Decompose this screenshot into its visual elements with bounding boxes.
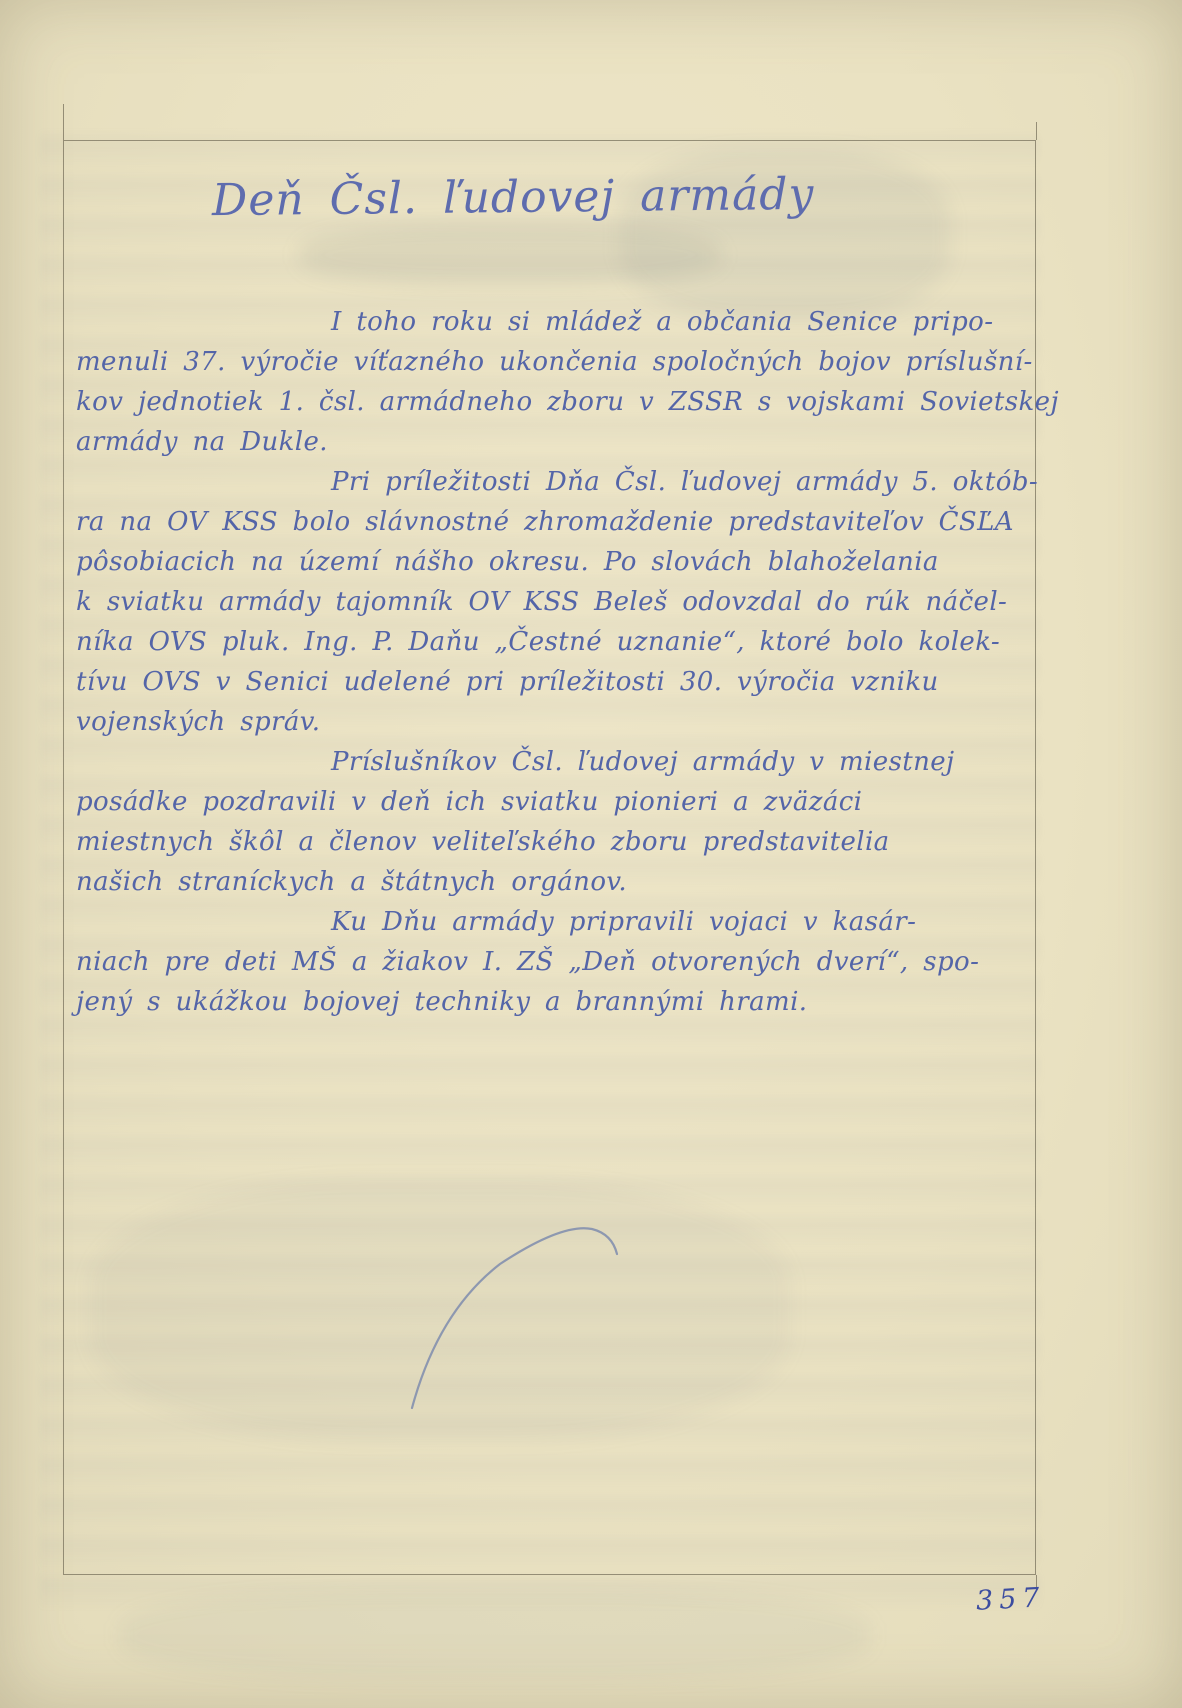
- handwritten-line: posádke pozdravili v deň ich sviatku pio…: [76, 782, 976, 822]
- handwritten-line: našich straníckych a štátnych orgánov.: [76, 862, 976, 902]
- paragraph: Pri príležitosti Dňa Čsl. ľudovej armády…: [76, 462, 976, 742]
- handwritten-line: I toho roku si mládež a občania Senice p…: [76, 302, 976, 342]
- handwritten-line: Ku Dňu armády pripravili vojaci v kasár-: [76, 902, 976, 942]
- handwritten-line: pôsobiacich na území nášho okresu. Po sl…: [76, 542, 976, 582]
- page-number: 357: [975, 1582, 1046, 1617]
- handwritten-line: Príslušníkov Čsl. ľudovej armády v miest…: [76, 742, 976, 782]
- handwritten-body: I toho roku si mládež a občania Senice p…: [76, 302, 976, 1022]
- handwritten-line: niach pre deti MŠ a žiakov I. ZŠ „Deň ot…: [76, 942, 976, 982]
- handwritten-line: níka OVS pluk. Ing. P. Daňu „Čestné uzna…: [76, 622, 976, 662]
- border-tick-top-right: [1036, 122, 1037, 140]
- handwritten-line: jený s ukážkou bojovej techniky a branný…: [76, 982, 976, 1022]
- handwritten-line: vojenských správ.: [76, 702, 976, 742]
- paragraph: I toho roku si mládež a občania Senice p…: [76, 302, 976, 462]
- handwritten-line: Pri príležitosti Dňa Čsl. ľudovej armády…: [76, 462, 976, 502]
- chronicle-page: Deň Čsl. ľudovej armády I toho roku si m…: [0, 0, 1182, 1708]
- handwritten-line: ra na OV KSS bolo slávnostné zhromaždeni…: [76, 502, 976, 542]
- handwritten-line: miestnych škôl a členov veliteľského zbo…: [76, 822, 976, 862]
- handwritten-line: armády na Dukle.: [76, 422, 976, 462]
- handwritten-line: menuli 37. výročie víťazného ukončenia s…: [76, 342, 976, 382]
- handwritten-line: kov jednotiek 1. čsl. armádneho zboru v …: [76, 382, 976, 422]
- bleed-through-texture: [120, 1590, 870, 1680]
- page-title: Deň Čsl. ľudovej armády: [212, 169, 815, 226]
- paragraph: Ku Dňu armády pripravili vojaci v kasár-…: [76, 902, 976, 1022]
- handwritten-line: tívu OVS v Senici udelené pri príležitos…: [76, 662, 976, 702]
- paragraph: Príslušníkov Čsl. ľudovej armády v miest…: [76, 742, 976, 902]
- handwritten-line: k sviatku armády tajomník OV KSS Beleš o…: [76, 582, 976, 622]
- border-tick-top-left: [63, 104, 64, 140]
